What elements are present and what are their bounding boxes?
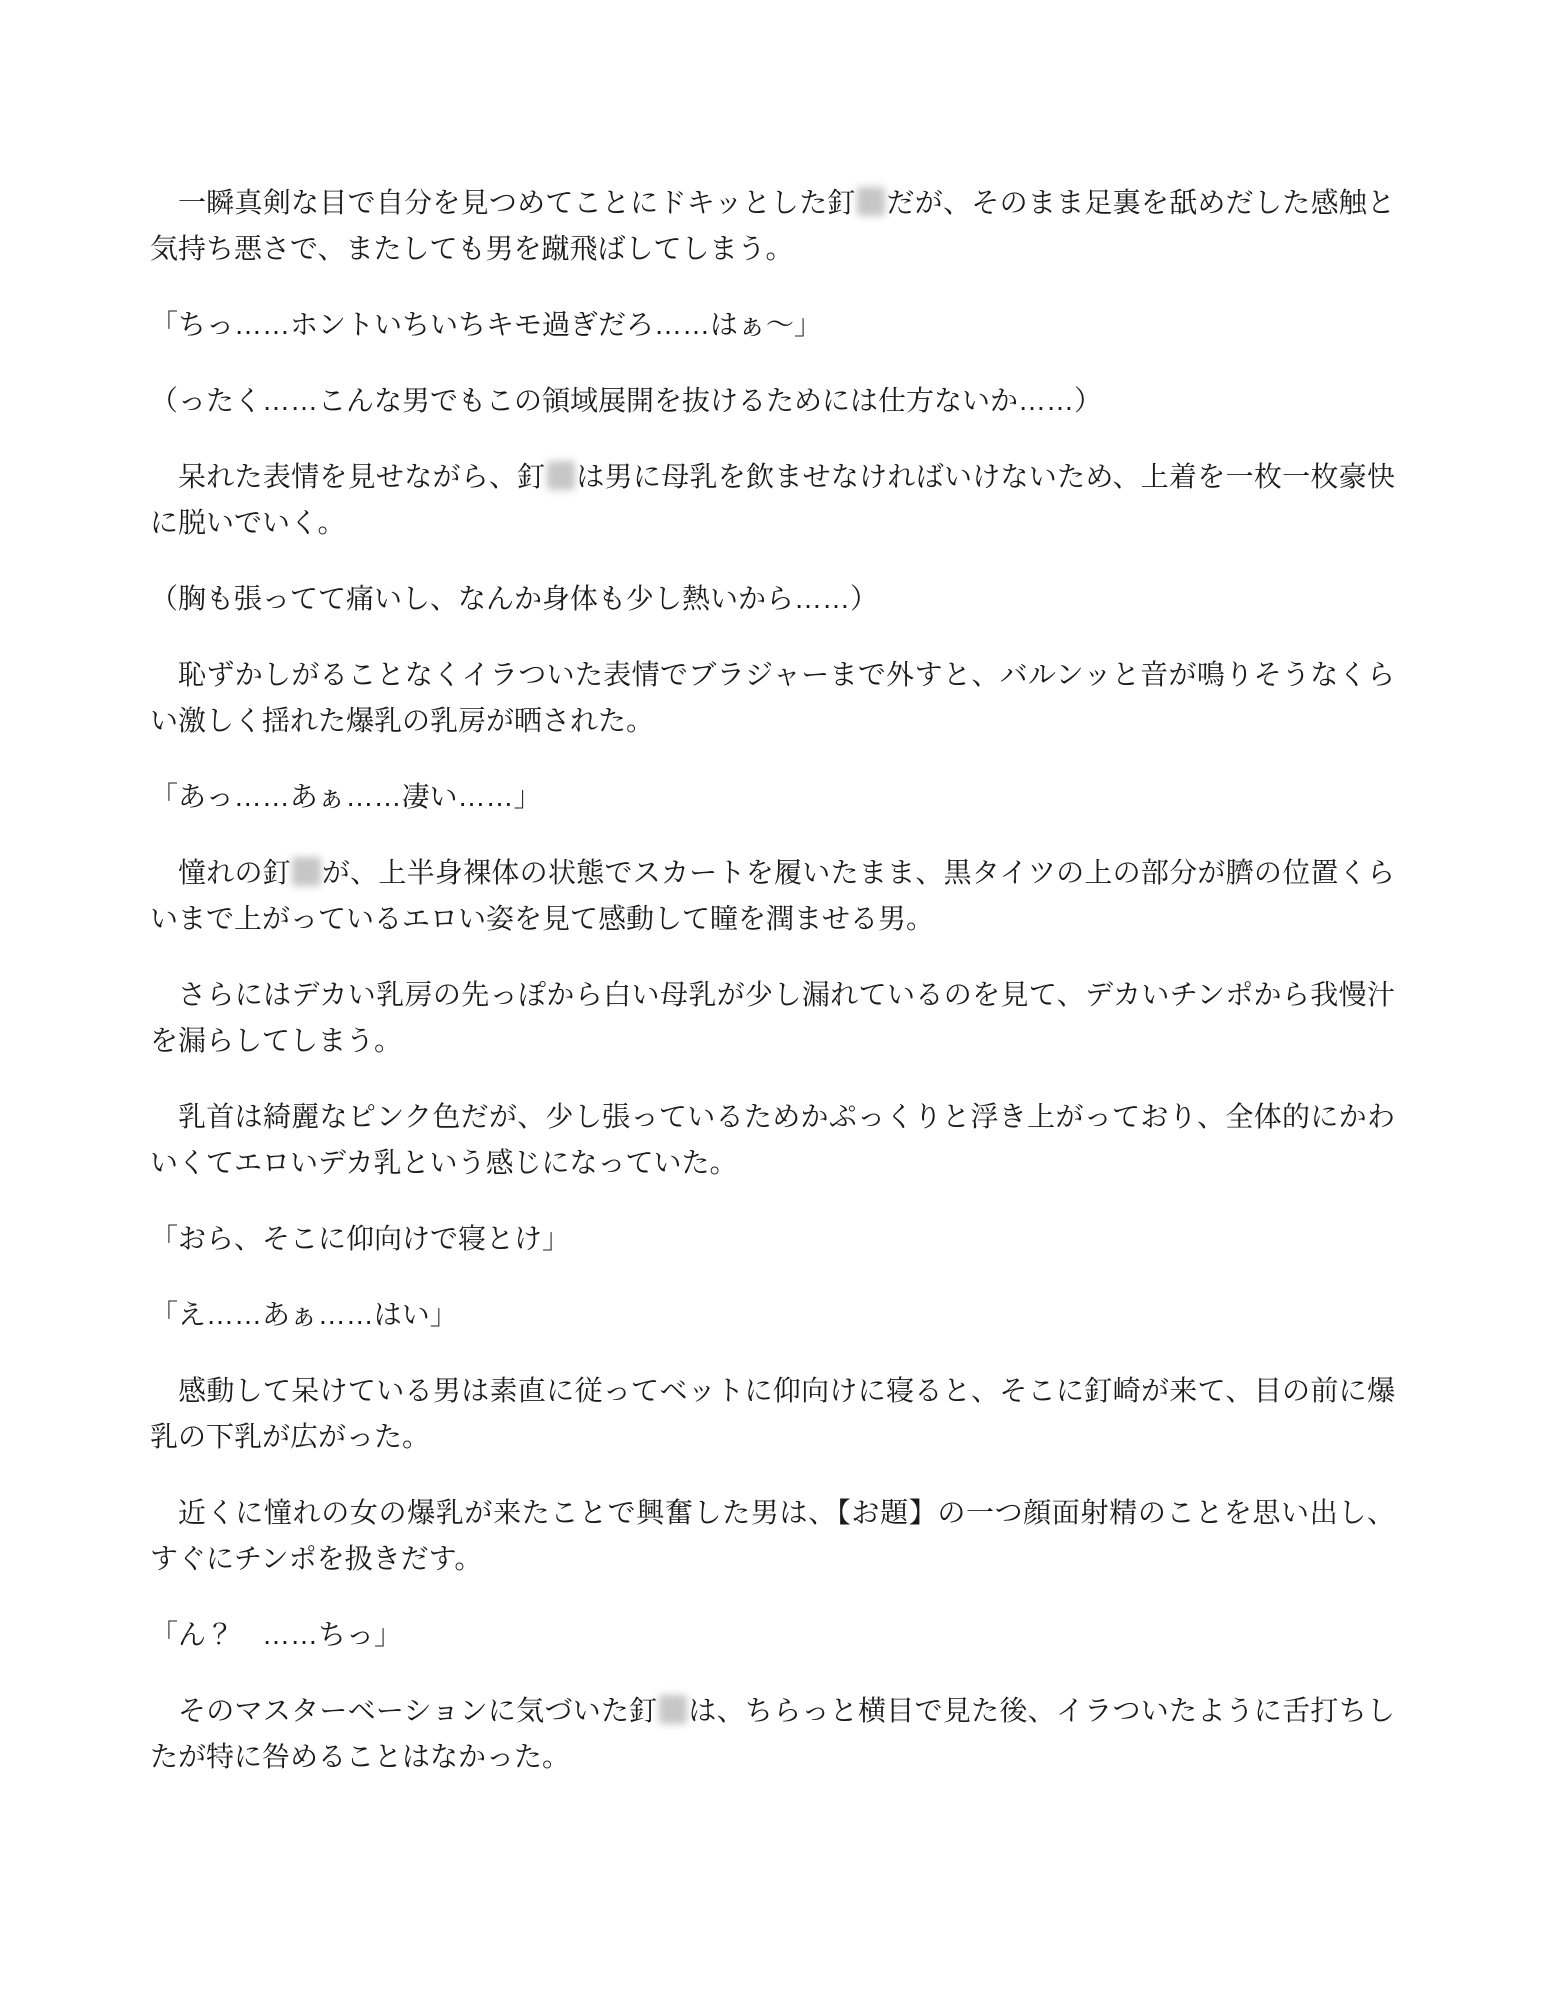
censor-blur: [547, 461, 576, 490]
story-paragraph-dialogue: 「え……あぁ……はい」: [150, 1292, 1395, 1338]
paragraph-text: 「ん？ ……ちっ」: [150, 1619, 402, 1650]
paragraph-text: 恥ずかしがることなくイラついた表情でブラジャーまで外すと、バルンッと音が鳴りそう…: [150, 659, 1395, 736]
paragraph-text: 一瞬真剣な目で自分を見つめてことにドキッとした釘: [178, 187, 856, 218]
story-paragraph-narrative: 一瞬真剣な目で自分を見つめてことにドキッとした釘だが、そのまま足裏を舐めだした感…: [150, 180, 1395, 272]
story-paragraph-dialogue: 「あっ……あぁ……凄い……」: [150, 774, 1395, 820]
paragraph-text: そのマスターベーションに気づいた釘: [178, 1695, 658, 1726]
story-paragraph-thought: （胸も張ってて痛いし、なんか身体も少し熱いから……）: [150, 576, 1395, 622]
paragraph-text: 憧れの釘: [178, 857, 291, 888]
document-content: 一瞬真剣な目で自分を見つめてことにドキッとした釘だが、そのまま足裏を舐めだした感…: [150, 180, 1395, 1780]
paragraph-text: （胸も張ってて痛いし、なんか身体も少し熱いから……）: [150, 583, 878, 614]
paragraph-text: 近くに憧れの女の爆乳が来たことで興奮した男は、【お題】の一つ顔面射精のことを思い…: [150, 1497, 1395, 1574]
story-paragraph-narrative: 呆れた表情を見せながら、釘は男に母乳を飲ませなければいけないため、上着を一枚一枚…: [150, 454, 1395, 546]
story-paragraph-narrative: 乳首は綺麗なピンク色だが、少し張っているためかぷっくりと浮き上がっており、全体的…: [150, 1094, 1395, 1186]
story-paragraph-narrative: 恥ずかしがることなくイラついた表情でブラジャーまで外すと、バルンッと音が鳴りそう…: [150, 652, 1395, 744]
censor-blur: [292, 857, 321, 886]
paragraph-text: が、上半身裸体の状態でスカートを履いたまま、黒タイツの上の部分が臍の位置くらいま…: [150, 857, 1395, 934]
story-paragraph-narrative: そのマスターベーションに気づいた釘は、ちらっと横目で見た後、イラついたように舌打…: [150, 1688, 1395, 1780]
story-paragraph-dialogue: 「おら、そこに仰向けで寝とけ」: [150, 1216, 1395, 1262]
story-paragraph-narrative: さらにはデカい乳房の先っぽから白い母乳が少し漏れているのを見て、デカいチンポから…: [150, 972, 1395, 1064]
story-paragraph-dialogue: 「ん？ ……ちっ」: [150, 1612, 1395, 1658]
paragraph-text: 乳首は綺麗なピンク色だが、少し張っているためかぷっくりと浮き上がっており、全体的…: [150, 1101, 1395, 1178]
story-paragraph-dialogue: 「ちっ……ホントいちいちキモ過ぎだろ……はぁ～」: [150, 302, 1395, 348]
paragraph-text: 感動して呆けている男は素直に従ってベットに仰向けに寝ると、そこに釘崎が来て、目の…: [150, 1375, 1395, 1452]
paragraph-text: 「え……あぁ……はい」: [150, 1299, 458, 1330]
paragraph-text: （ったく……こんな男でもこの領域展開を抜けるためには仕方ないか……）: [150, 385, 1102, 416]
paragraph-text: 「あっ……あぁ……凄い……」: [150, 781, 541, 812]
story-paragraph-narrative: 憧れの釘が、上半身裸体の状態でスカートを履いたまま、黒タイツの上の部分が臍の位置…: [150, 850, 1395, 942]
censor-blur: [857, 187, 886, 216]
document-page: 一瞬真剣な目で自分を見つめてことにドキッとした釘だが、そのまま足裏を舐めだした感…: [0, 0, 1545, 2000]
paragraph-text: 「おら、そこに仰向けで寝とけ」: [150, 1223, 570, 1254]
story-paragraph-narrative: 感動して呆けている男は素直に従ってベットに仰向けに寝ると、そこに釘崎が来て、目の…: [150, 1368, 1395, 1460]
paragraph-text: さらにはデカい乳房の先っぽから白い母乳が少し漏れているのを見て、デカいチンポから…: [150, 979, 1395, 1056]
censor-blur: [659, 1695, 688, 1724]
story-paragraph-thought: （ったく……こんな男でもこの領域展開を抜けるためには仕方ないか……）: [150, 378, 1395, 424]
paragraph-text: 「ちっ……ホントいちいちキモ過ぎだろ……はぁ～」: [150, 309, 822, 340]
paragraph-text: 呆れた表情を見せながら、釘: [178, 461, 546, 492]
story-paragraph-narrative: 近くに憧れの女の爆乳が来たことで興奮した男は、【お題】の一つ顔面射精のことを思い…: [150, 1490, 1395, 1582]
